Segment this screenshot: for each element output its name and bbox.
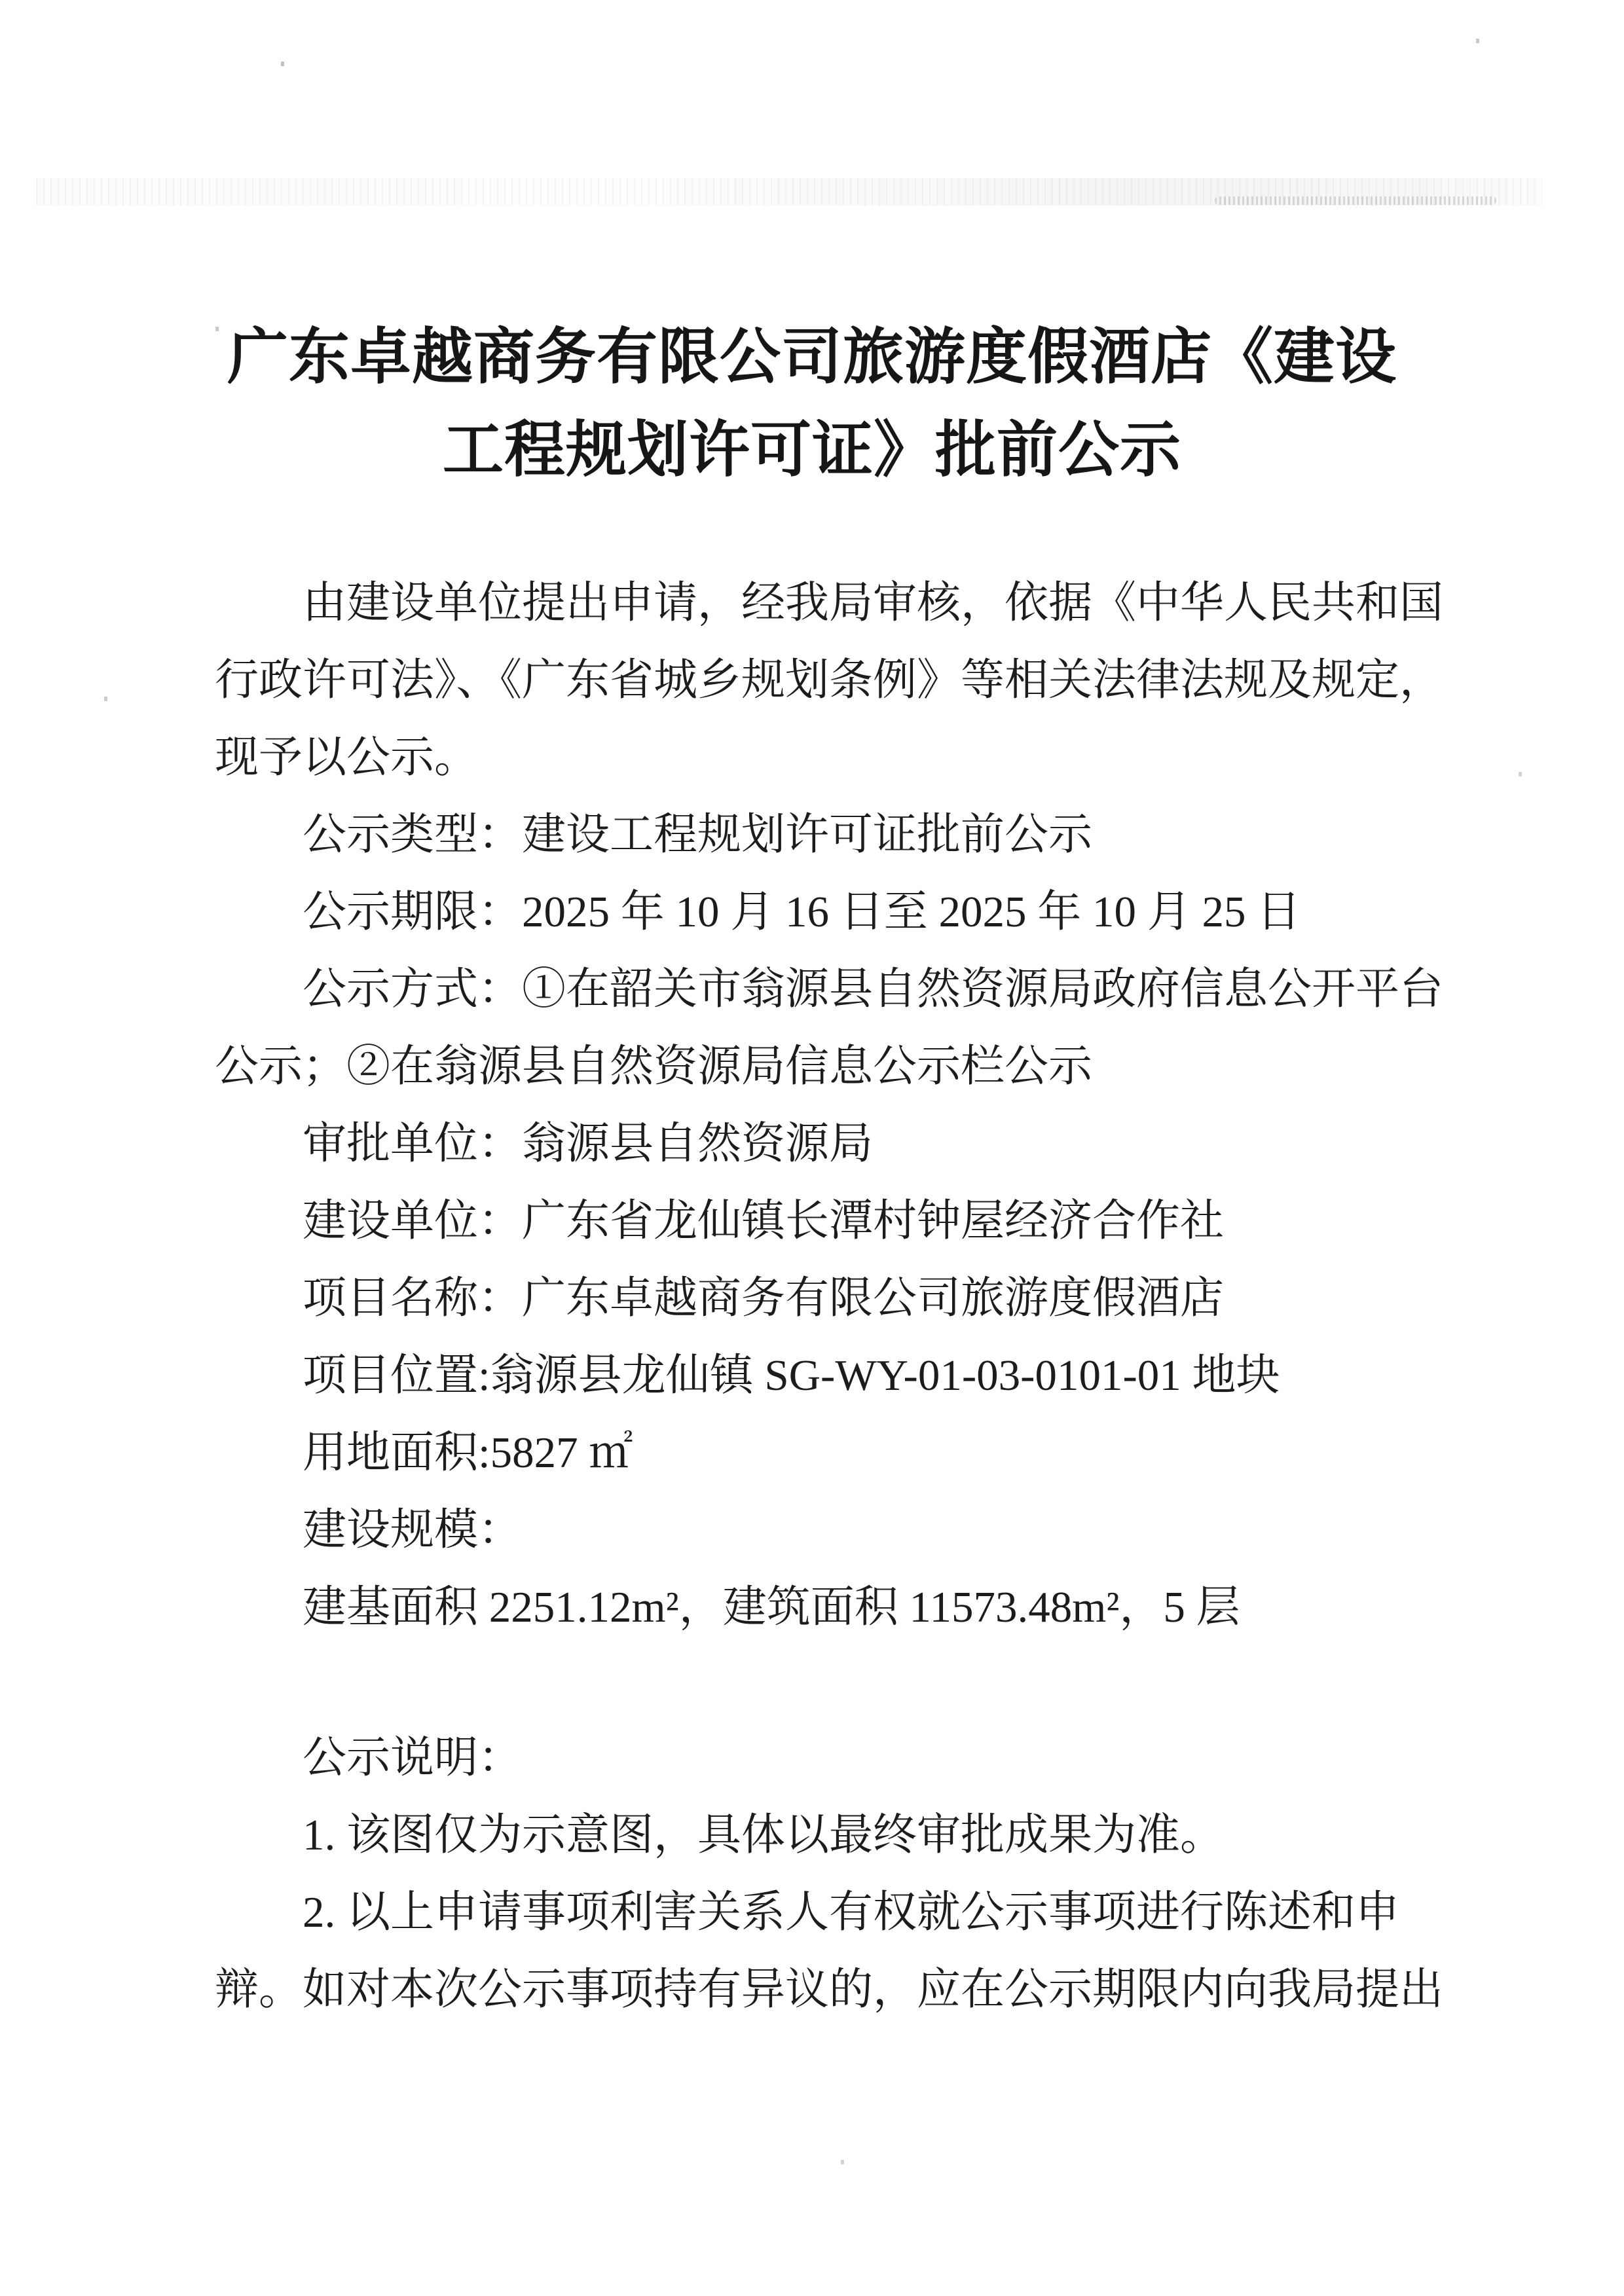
body-line-construction-unit: 建设单位：广东省龙仙镇长潭村钟屋经济合作社 [215, 1182, 1467, 1260]
body-line-scale-label: 建设规模： [215, 1491, 1467, 1569]
body-line-notice-method-2: 公示；②在翁源县自然资源局信息公示栏公示 [215, 1028, 1467, 1105]
body-line-land-area: 用地面积:5827 ㎡ [215, 1414, 1467, 1491]
body-line-intro-3: 现予以公示。 [215, 719, 1467, 796]
body-line-notice-method-1: 公示方式：①在韶关市翁源县自然资源局政府信息公开平台 [215, 951, 1467, 1028]
body-line-remark-2a: 2. 以上申请事项利害关系人有权就公示事项进行陈述和申 [215, 1874, 1467, 1951]
notice-title: 广东卓越商务有限公司旅游度假酒店《建设 工程规划许可证》批前公示 [0, 0, 1624, 498]
scanned-notice-page: 广东卓越商务有限公司旅游度假酒店《建设 工程规划许可证》批前公示 由建设单位提出… [0, 0, 1624, 2296]
notice-body: 由建设单位提出申请，经我局审核，依据《中华人民共和国 行政许可法》、《广东省城乡… [215, 564, 1467, 2028]
body-line-remarks-label: 公示说明： [215, 1719, 1467, 1796]
body-line-notice-period: 公示期限：2025 年 10 月 16 日至 2025 年 10 月 25 日 [215, 873, 1467, 951]
body-line-remark-2b: 辩。如对本次公示事项持有异议的，应在公示期限内向我局提出 [215, 1951, 1467, 2028]
body-line-scale-detail: 建基面积 2251.12m²，建筑面积 11573.48m²，5 层 [215, 1569, 1467, 1646]
notice-title-line-2: 工程规划许可证》批前公示 [0, 405, 1624, 498]
body-line-intro-2: 行政许可法》、《广东省城乡规划条例》等相关法律法规及规定， [215, 642, 1467, 719]
body-line-project-location: 项目位置:翁源县龙仙镇 SG-WY-01-03-0101-01 地块 [215, 1337, 1467, 1414]
body-line-remark-1: 1. 该图仅为示意图，具体以最终审批成果为准。 [215, 1796, 1467, 1874]
body-line-intro-1: 由建设单位提出申请，经我局审核，依据《中华人民共和国 [215, 564, 1467, 642]
body-line-approval-unit: 审批单位：翁源县自然资源局 [215, 1105, 1467, 1182]
notice-title-line-1: 广东卓越商务有限公司旅游度假酒店《建设 [0, 312, 1624, 405]
scan-noise-streak [1215, 196, 1496, 205]
body-line-notice-type: 公示类型：建设工程规划许可证批前公示 [215, 796, 1467, 873]
body-line-project-name: 项目名称：广东卓越商务有限公司旅游度假酒店 [215, 1260, 1467, 1337]
scan-specks [0, 0, 2, 3]
